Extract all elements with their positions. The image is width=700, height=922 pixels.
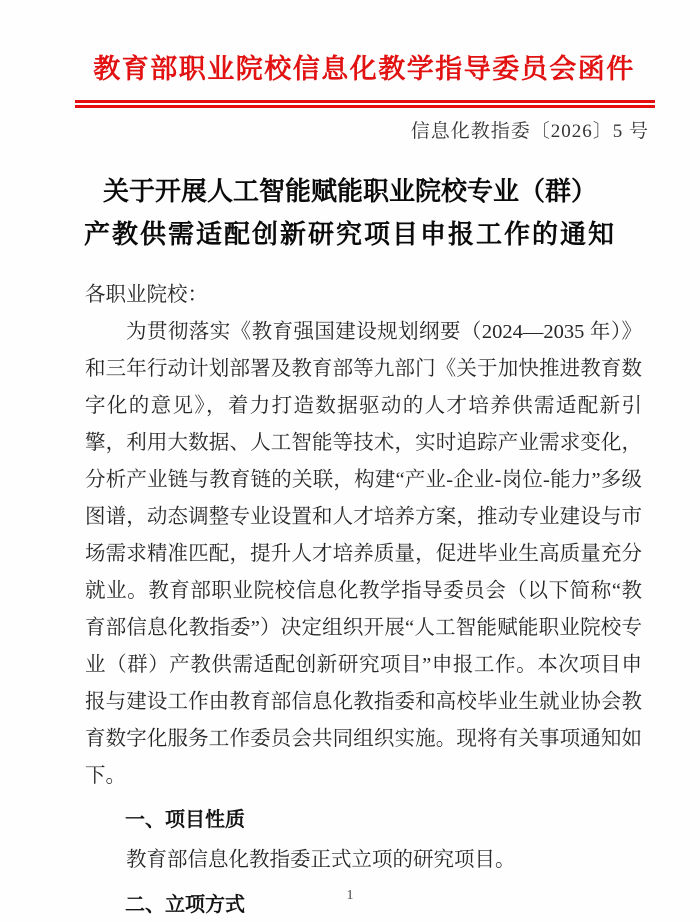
red-rule-bottom-bar bbox=[75, 105, 655, 108]
letterhead-red-rule bbox=[75, 100, 655, 108]
document-title-line-2: 产教供需适配创新研究项目申报工作的通知 bbox=[0, 213, 700, 256]
document-page: 教育部职业院校信息化教学指导委员会函件 信息化教指委〔2026〕5 号 关于开展… bbox=[0, 0, 700, 922]
page-number: 1 bbox=[0, 888, 700, 904]
document-title-line-1: 关于开展人工智能赋能职业院校专业（群） bbox=[0, 170, 700, 213]
document-number: 信息化教指委〔2026〕5 号 bbox=[0, 119, 649, 144]
section-heading-1: 一、项目性质 bbox=[85, 800, 642, 840]
document-title: 关于开展人工智能赋能职业院校专业（群） 产教供需适配创新研究项目申报工作的通知 bbox=[0, 170, 700, 256]
section-1-text: 教育部信息化教指委正式立项的研究项目。 bbox=[85, 840, 642, 880]
intro-paragraph: 为贯彻落实《教育强国建设规划纲要（2024—2035 年）》和三年行动计划部署及… bbox=[85, 314, 642, 795]
document-body: 各职业院校： 为贯彻落实《教育强国建设规划纲要（2024—2035 年）》和三年… bbox=[85, 277, 642, 922]
letterhead-org-title: 教育部职业院校信息化教学指导委员会函件 bbox=[75, 50, 653, 88]
salutation: 各职业院校： bbox=[85, 277, 642, 314]
